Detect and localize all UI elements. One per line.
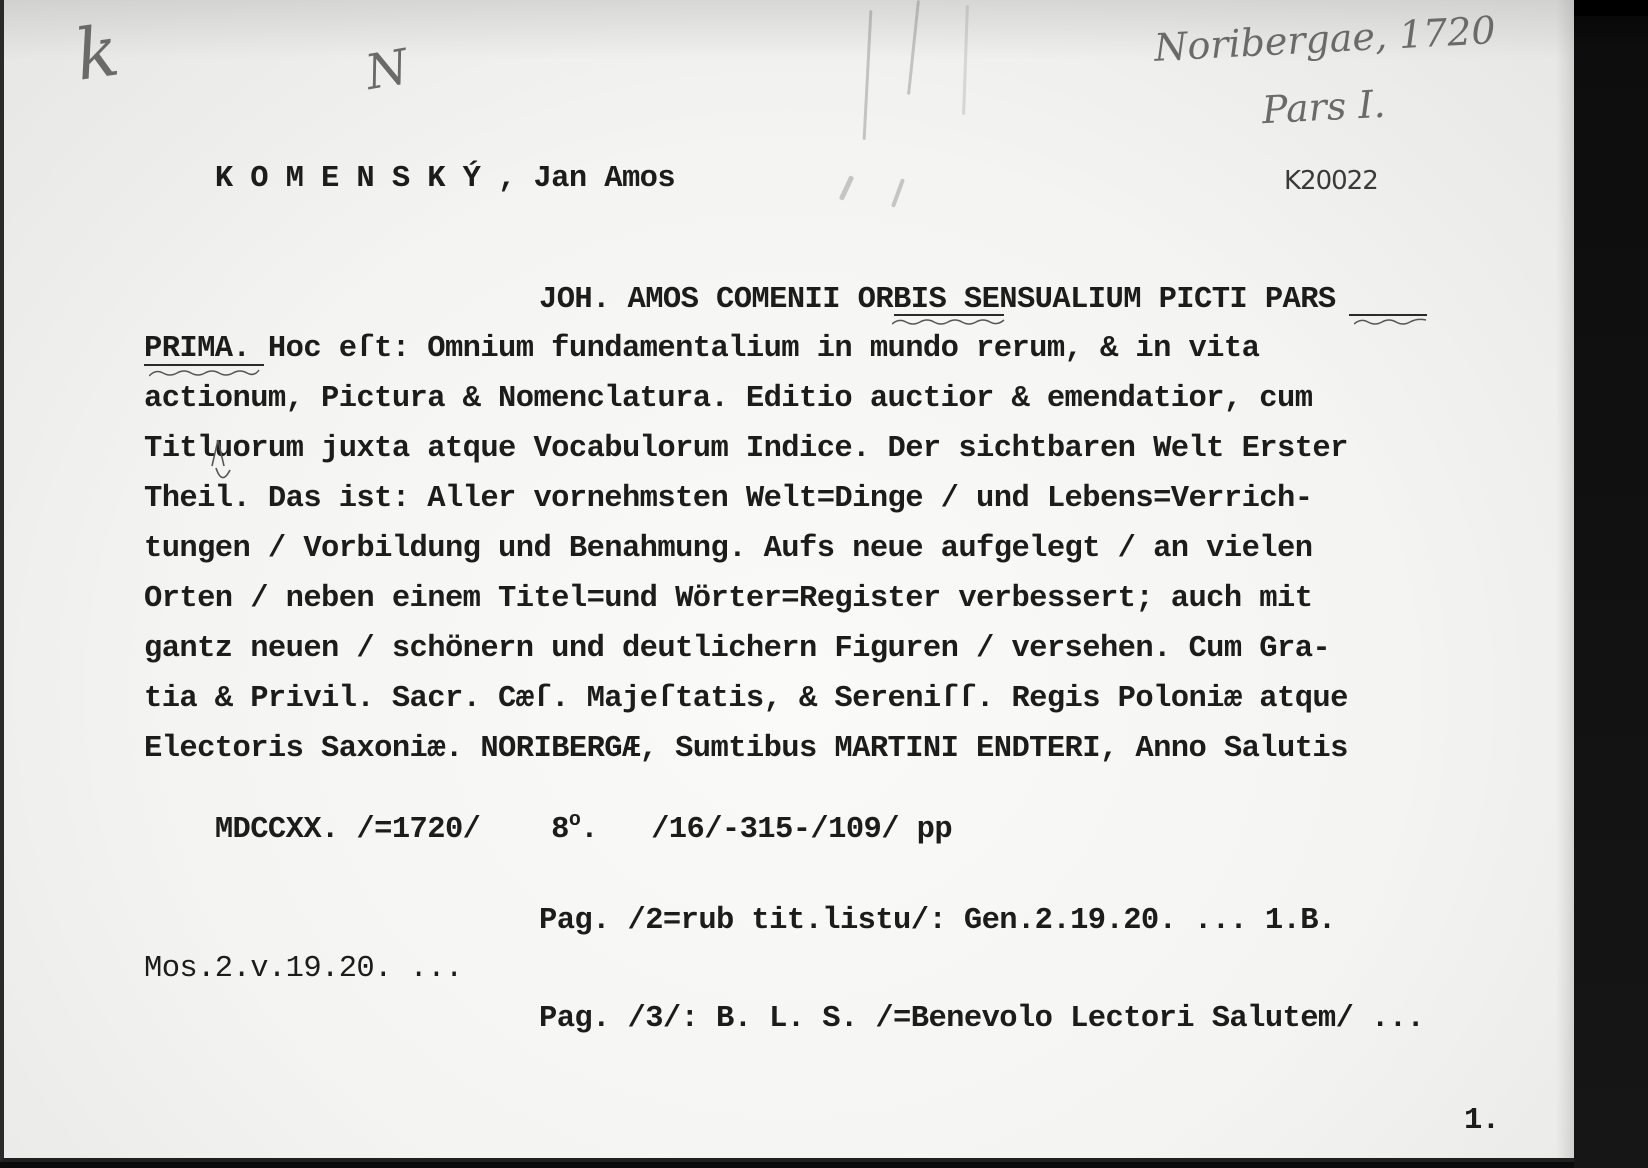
handwritten-part-note: Pars I. — [1261, 85, 1386, 129]
pagination: /16/-315-/109/ pp — [651, 813, 952, 847]
title-line: tungen / Vorbildung und Benahmung. Aufs … — [144, 534, 1312, 565]
author-separator: , — [480, 162, 533, 196]
format-number: 8 — [551, 813, 569, 847]
title-line: Titluorum juxta atque Vocabulorum Indice… — [144, 434, 1348, 465]
title-line: tia & Privil. Sacr. Cæſ. Majeſtatis, & S… — [144, 684, 1348, 715]
call-number: K20022 — [1284, 166, 1378, 196]
card-edge-shadow — [1556, 0, 1574, 1158]
scan-background-top — [1574, 0, 1648, 16]
title-line: JOH. AMOS COMENII ORBIS SENSUALIUM PICTI… — [539, 285, 1336, 316]
scan-background-band — [1574, 0, 1648, 1168]
handwritten-mark-middle: N — [362, 43, 412, 98]
title-line: actionum, Pictura & Nomenclatura. Editio… — [144, 384, 1312, 415]
wavy-underline-pars — [1354, 316, 1429, 326]
catalog-card: k N Noribergae, 1720 Pars I. K20022 K O … — [0, 0, 1574, 1162]
wavy-underline-orbis — [892, 316, 1007, 326]
correction-mark — [208, 436, 238, 486]
format-suffix: . — [580, 813, 598, 847]
imprint-date: MDCCXX. /=1720/ — [215, 813, 481, 847]
author-heading: K O M E N S K Ý , Jan Amos — [144, 133, 675, 225]
title-line: PRIMA. Hoc eſt: Omnium fundamentalium in… — [144, 334, 1259, 365]
collation-line: MDCCXX. /=1720/ 8o. /16/-315-/109/ pp — [144, 784, 952, 876]
smudge-mark — [891, 178, 905, 208]
card-number: 1. — [1464, 1106, 1499, 1137]
note-line: Mos.2.v.19.20. ... — [144, 954, 463, 985]
author-given-name: Jan Amos — [533, 162, 675, 196]
author-surname: K O M E N S K Ý — [215, 162, 481, 196]
title-line: gantz neuen / schönern und deutlichern F… — [144, 634, 1330, 665]
format-degree: o — [569, 809, 580, 832]
title-line: Orten / neben einem Titel=und Wörter=Reg… — [144, 584, 1312, 615]
note-line: Pag. /2=rub tit.listu/: Gen.2.19.20. ...… — [539, 906, 1336, 937]
smudge-mark — [839, 175, 855, 201]
title-line: Theil. Das ist: Aller vornehmsten Welt=D… — [144, 484, 1312, 515]
title-line: Electoris Saxoniæ. NORIBERGÆ, Sumtibus M… — [144, 734, 1348, 765]
wavy-underline-prima — [149, 366, 261, 378]
note-line: Pag. /3/: B. L. S. /=Benevolo Lectori Sa… — [539, 1004, 1424, 1035]
